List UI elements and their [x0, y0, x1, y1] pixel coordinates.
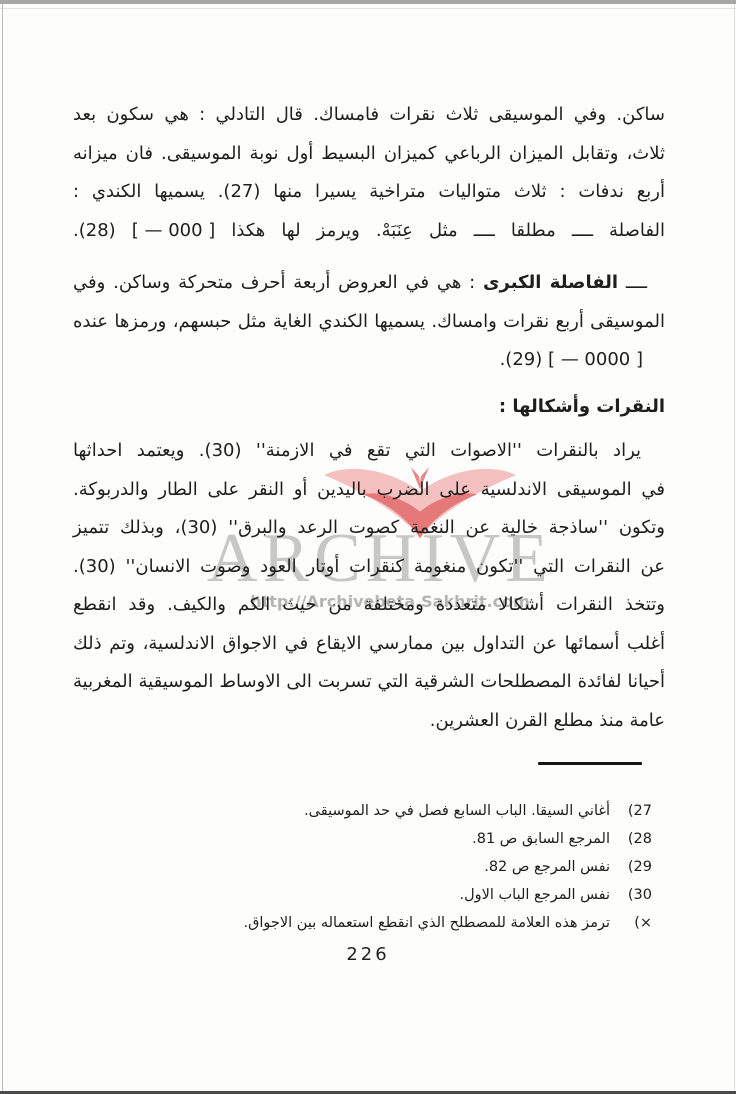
text-line: عن النقرات التي ''تكون منغومة كنقرات أوت…	[73, 548, 665, 587]
page-top-edge-shadow	[0, 8, 736, 9]
footnote-30: 30) نفس المرجع الباب الاول.	[82, 881, 652, 909]
footnote-29: 29) نفس المرجع ص 82.	[82, 853, 652, 881]
text-segment: : هي في العروض أربعة أحرف متحركة وساكن. …	[73, 272, 483, 293]
text-line: يراد بالنقرات ''الاصوات التي تقع في الاز…	[73, 432, 665, 471]
paragraph-3: يراد بالنقرات ''الاصوات التي تقع في الاز…	[73, 432, 665, 740]
rhythm-notation-symbol: [ — 000 ]	[132, 212, 216, 251]
page-right-edge	[734, 4, 735, 1090]
rhythm-notation-symbol: [ — 0000 ]	[548, 341, 643, 380]
page-left-edge	[2, 4, 3, 1094]
text-line: عامة منذ مطلع القرن العشرين.	[73, 702, 665, 741]
footnote-x-symbol: ×) ترمز هذه العلامة للمصطلح الذي انقطع ا…	[82, 909, 652, 937]
section-heading: النقرات وأشكالها :	[73, 388, 665, 427]
footnotes: 27) أغاني السيقا. الباب السابع فصل في حد…	[82, 797, 652, 937]
scanned-book-page: ARCHIVE http://Archivebeta.Sakhrit.com س…	[0, 0, 736, 1094]
text-line: في الموسيقى الاندلسية على الضرب باليدين …	[73, 471, 665, 510]
text-segment: الفاصلة ــــ مطلقا ــــ مثل عِنَبَهْ. وي…	[215, 220, 665, 241]
footnote-28: 28) المرجع السابق ص 81.	[82, 825, 652, 853]
footnote-number: 28)	[618, 825, 652, 853]
footnote-separator	[538, 762, 642, 765]
footnote-number: 29)	[618, 853, 652, 881]
text-line: وتكون ''ساذجة خالية عن النغمة كصوت الرعد…	[73, 509, 665, 548]
body-text: ساكن. وفي الموسيقى ثلاث نقرات فامساك. قا…	[73, 96, 665, 740]
text-line: أغلب أسمائها عن التداول بين ممارسي الايق…	[73, 625, 665, 664]
footnote-ref-29: (29).	[500, 349, 548, 370]
footnote-ref-28: (28).	[73, 220, 132, 241]
dash: ــــ	[618, 272, 647, 293]
footnote-text: ترمز هذه العلامة للمصطلح الذي انقطع استع…	[82, 909, 618, 937]
text-line: أحيانا لفائدة المصطلحات الشرقية التي تسر…	[73, 663, 665, 702]
footnote-text: أغاني السيقا. الباب السابع فصل في حد الم…	[82, 797, 618, 825]
footnote-text: نفس المرجع ص 82.	[82, 853, 618, 881]
text-line: ــــ الفاصلة الكبرى : هي في العروض أربعة…	[73, 264, 665, 303]
footnote-text: المرجع السابق ص 81.	[82, 825, 618, 853]
text-line: أربع ندفات : ثلاث متواليات متراخية يسيرا…	[73, 173, 665, 212]
term-al-fasila-al-kubra: الفاصلة الكبرى	[483, 272, 618, 293]
text-line-with-notation: الفاصلة ــــ مطلقا ــــ مثل عِنَبَهْ. وي…	[73, 212, 665, 251]
footnote-number: 27)	[618, 797, 652, 825]
paragraph-2: ــــ الفاصلة الكبرى : هي في العروض أربعة…	[73, 264, 665, 380]
text-line-with-notation: [ — 0000 ] (29).	[73, 341, 665, 380]
text-line: الموسيقى أربع نقرات وامساك. يسميها الكند…	[73, 303, 665, 342]
footnote-text: نفس المرجع الباب الاول.	[82, 881, 618, 909]
footnote-27: 27) أغاني السيقا. الباب السابع فصل في حد…	[82, 797, 652, 825]
footnote-number: 30)	[618, 881, 652, 909]
footnote-number: ×)	[618, 909, 652, 937]
text-line: ساكن. وفي الموسيقى ثلاث نقرات فامساك. قا…	[73, 96, 665, 135]
page-top-edge	[0, 0, 736, 4]
text-line: وتتخذ النقرات أشكالا متعددة ومختلفة من ح…	[73, 586, 665, 625]
text-line: ثلاث، وتقابل الميزان الرباعي كميزان البس…	[73, 135, 665, 174]
paragraph-1: ساكن. وفي الموسيقى ثلاث نقرات فامساك. قا…	[73, 96, 665, 250]
page-number: 226	[0, 944, 736, 965]
